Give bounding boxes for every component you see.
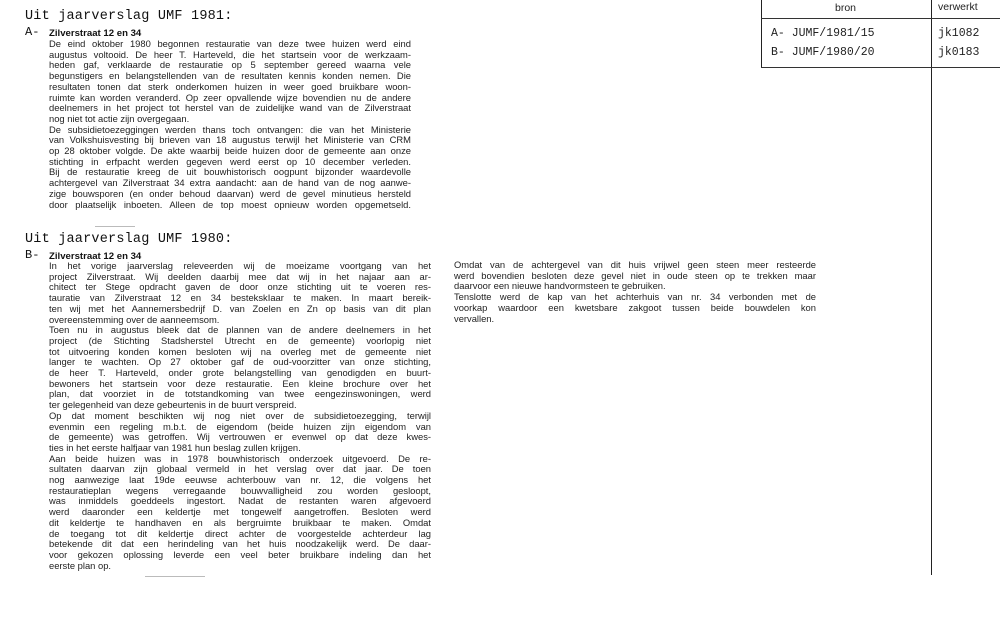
text-line: eerste plan op.	[49, 561, 431, 572]
column-header-verwerkt: verwerkt	[938, 1, 978, 13]
section-b-marker: B-	[25, 248, 39, 262]
text-line: door plaatselijk inboeten. Alleen de top…	[49, 200, 411, 211]
source-table: bron verwerkt A- JUMF/1981/15 jk1082 B- …	[761, 0, 1000, 68]
table-left-border	[761, 0, 762, 68]
table-bottom-border	[761, 67, 1000, 68]
table-cell-bron: B- JUMF/1980/20	[771, 46, 875, 59]
text-line: ten wij met het Aannemersbedrijf D. van …	[49, 304, 431, 315]
section-a-heading: Uit jaarverslag UMF 1981:	[25, 9, 233, 24]
scan-artifact	[95, 226, 135, 227]
text-line: dit keldertje te handhaven en als bergru…	[49, 518, 431, 529]
section-b-body: In het vorige jaarverslag releveerden wi…	[49, 261, 431, 571]
text-line: resultaten tonen dat sterk onderkomen hu…	[49, 82, 411, 93]
column-header-bron: bron	[835, 2, 856, 14]
table-header-divider	[761, 18, 1000, 19]
text-line: voorkap waardoor een kwetsbare zakgoot t…	[454, 303, 816, 314]
table-cell-bron: A- JUMF/1981/15	[771, 27, 875, 40]
section-b-continuation: Omdat van de achtergevel van dit huis vr…	[454, 260, 816, 324]
section-b-heading: Uit jaarverslag UMF 1980:	[25, 232, 233, 247]
table-column-divider	[931, 0, 932, 575]
section-a-body: De eind oktober 1980 begonnen restaurati…	[49, 39, 411, 210]
text-line: Op dat moment beschikten wij nog niet ov…	[49, 411, 431, 422]
scan-artifact	[145, 576, 205, 577]
text-line: vervallen.	[454, 314, 816, 325]
table-cell-verwerkt: jk0183	[938, 46, 979, 59]
table-cell-verwerkt: jk1082	[938, 27, 979, 40]
text-line: zige bouwsporen (en onder behoud daarvan…	[49, 189, 411, 200]
section-a-marker: A-	[25, 25, 39, 39]
